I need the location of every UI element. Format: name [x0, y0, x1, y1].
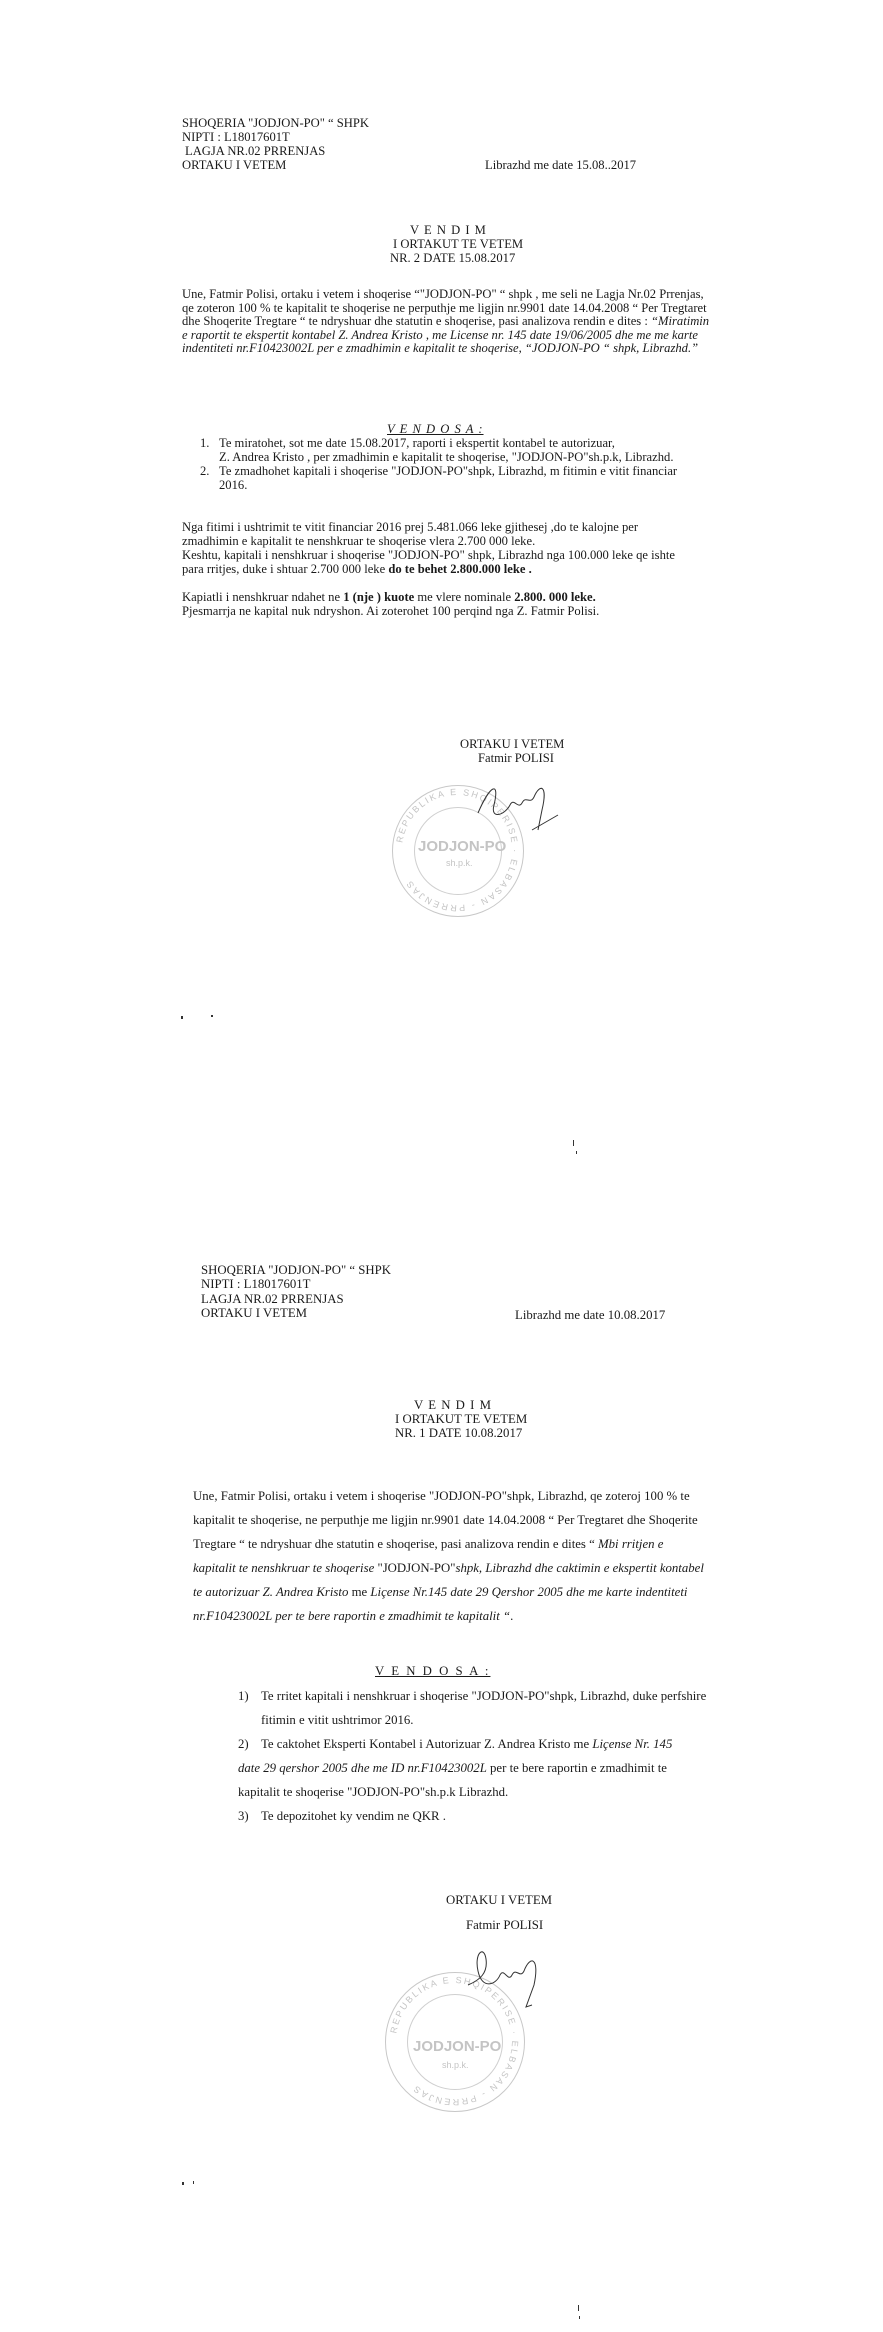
bold-amount: do te behet 2.800.000 leke . [388, 562, 531, 576]
signature-name: Fatmir POLISI [478, 752, 554, 766]
title-number-date: NR. 1 DATE 10.08.2017 [395, 1426, 522, 1440]
decision-text: Te miratohet, sot me date 15.08.2017, ra… [219, 437, 615, 451]
signature-scribble-icon [460, 1945, 550, 2015]
scan-speck [193, 2181, 194, 2184]
decision-text: Te rritet kapitali i nenshkruar i shoqer… [261, 1689, 706, 1703]
paragraph-line: para rritjes, duke i shtuar 2.700 000 le… [182, 563, 532, 577]
italic-text: te autorizuar Z. Andrea Kristo [193, 1585, 352, 1599]
plain-text: . [510, 1609, 513, 1623]
signature-role: ORTAKU I VETEM [446, 1893, 552, 1907]
paragraph-line: Une, Fatmir Polisi, ortaku i vetem i sho… [193, 1489, 690, 1503]
paragraph-line: Kapiatli i nenshkruar ndahet ne 1 (nje )… [182, 591, 596, 605]
company-nipt: NIPTI : L18017601T [182, 131, 290, 145]
plain-text: Kapiatli i nenshkruar ndahet ne [182, 590, 343, 604]
italic-text: shpk, Librazhd dhe caktimin e ekspertit … [455, 1561, 703, 1575]
decision-number: 3) [238, 1809, 249, 1823]
italic-text: Mbi rritjen e [598, 1537, 663, 1551]
place-date: Librazhd me date 10.08.2017 [515, 1308, 665, 1322]
title-ortaku: I ORTAKUT TE VETEM [395, 1412, 527, 1426]
italic-text: nr.F10423002L per te bere raportin e zma… [193, 1609, 510, 1623]
title-number-date: NR. 2 DATE 15.08.2017 [390, 252, 515, 266]
scan-speck [578, 2305, 579, 2311]
decision-number: 2) [238, 1737, 249, 1751]
company-name: SHOQERIA "JODJON-PO" “ SHPK [182, 117, 369, 131]
italic-text: kapitalit te nenshkruar te shoqerise [193, 1561, 377, 1575]
decision-text: date 29 qershor 2005 dhe me ID nr.F10423… [238, 1761, 667, 1775]
bold-quota: 1 (nje ) kuote [343, 590, 414, 604]
scan-speck [576, 1151, 577, 1154]
plain-text: Te caktohet Eksperti Kontabel i Autorizu… [261, 1737, 592, 1751]
signature-name: Fatmir POLISI [466, 1918, 543, 1932]
paragraph-line: te autorizuar Z. Andrea Kristo me Liçens… [193, 1585, 687, 1599]
plain-text: me [352, 1585, 371, 1599]
scan-speck [182, 2182, 184, 2185]
scan-speck [573, 1140, 574, 1146]
plain-text: me vlere nominale [414, 590, 514, 604]
decision-text: Te zmadhohet kapitali i shoqerise "JODJO… [219, 465, 677, 479]
paragraph-line: Nga fitimi i ushtrimit te vitit financia… [182, 521, 638, 535]
paragraph-line: Pjesmarrja ne kapital nuk ndryshon. Ai z… [182, 605, 599, 619]
company-role: ORTAKU I VETEM [182, 159, 286, 173]
paragraph-line: zmadhimin e kapitalit te nenshkruar te s… [182, 535, 535, 549]
decision-number: 2. [200, 465, 209, 479]
bold-amount: 2.800. 000 leke. [514, 590, 596, 604]
company-address: LAGJA NR.02 PRRENJAS [185, 145, 325, 159]
decision-text: Te depozitohet ky vendim ne QKR . [261, 1809, 446, 1823]
plain-text: para rritjes, duke i shtuar 2.700 000 le… [182, 562, 388, 576]
plain-text: per te bere raportin e zmadhimit te [487, 1761, 667, 1775]
place-date: Librazhd me date 15.08..2017 [485, 159, 636, 173]
paragraph-line: kapitalit te shoqerise, ne perputhje me … [193, 1513, 698, 1527]
decision-text: Z. Andrea Kristo , per zmadhimin e kapit… [219, 451, 673, 465]
plain-text: "JODJON-PO" [377, 1561, 455, 1575]
paragraph-line: nr.F10423002L per te bere raportin e zma… [193, 1609, 513, 1623]
paragraph-line: kapitalit te nenshkruar te shoqerise "JO… [193, 1561, 704, 1575]
decision-number: 1) [238, 1689, 249, 1703]
paragraph-line: Keshtu, kapitali i nenshkruar i shoqeris… [182, 549, 675, 563]
italic-text: date 29 qershor 2005 dhe me ID nr.F10423… [238, 1761, 487, 1775]
title-vendim: V E N D I M [410, 224, 487, 238]
plain-text: Tregtare “ te ndryshuar dhe statutin e s… [193, 1537, 598, 1551]
company-role: ORTAKU I VETEM [201, 1306, 307, 1320]
scan-speck [211, 1015, 213, 1017]
company-name: SHOQERIA "JODJON-PO" “ SHPK [201, 1263, 391, 1277]
decision-number: 1. [200, 437, 209, 451]
intro-text: Une, Fatmir Polisi, ortaku i vetem i sho… [182, 287, 707, 328]
intro-paragraph: Une, Fatmir Polisi, ortaku i vetem i sho… [182, 288, 712, 356]
decision-text: 2016. [219, 479, 247, 493]
signature-scribble-icon [470, 775, 560, 845]
vendosa-heading: V E N D O S A : [375, 1664, 490, 1678]
scan-speck [579, 2316, 580, 2319]
signature-role: ORTAKU I VETEM [460, 738, 564, 752]
decision-text: fitimin e vitit ushtrimor 2016. [261, 1713, 414, 1727]
title-vendim: V E N D I M [414, 1398, 492, 1412]
scan-speck [181, 1016, 183, 1019]
vendosa-heading: V E N D O S A : [387, 423, 484, 437]
paragraph-line: Tregtare “ te ndryshuar dhe statutin e s… [193, 1537, 663, 1551]
decision-text: Te caktohet Eksperti Kontabel i Autorizu… [261, 1737, 672, 1751]
company-nipt: NIPTI : L18017601T [201, 1277, 310, 1291]
title-ortaku: I ORTAKUT TE VETEM [393, 238, 523, 252]
italic-text: Liçense Nr. 145 [592, 1737, 672, 1751]
italic-text: Liçense Nr.145 date 29 Qershor 2005 dhe … [370, 1585, 687, 1599]
company-address: LAGJA NR.02 PRRENJAS [201, 1292, 344, 1306]
decision-text: kapitalit te shoqerise "JODJON-PO"sh.p.k… [238, 1785, 508, 1799]
